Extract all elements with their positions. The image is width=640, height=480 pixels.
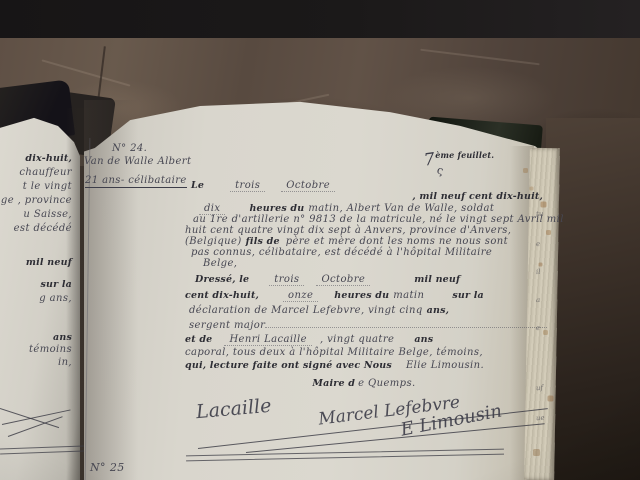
form-segment: Belge, (203, 258, 237, 269)
form-line: Dressé, letroisOctobremil neuf (185, 274, 553, 286)
page-edge-mark: a (536, 296, 541, 304)
form-segment: cent dix-huit, (185, 290, 259, 301)
left-page-fragment: chauffeur (19, 167, 72, 178)
form-segment: matin (393, 290, 424, 301)
form-line: huit cent quatre vingt dix sept à Anvers… (185, 225, 543, 236)
left-page-fragment: in, (58, 357, 72, 368)
form-segment: huit cent quatre vingt dix sept à Anvers… (185, 225, 511, 236)
left-page-fragment: ge , province (1, 195, 72, 206)
form-line: (Belgique)fils depère et mère dont les n… (185, 236, 543, 247)
form-segment: Octobre (316, 274, 370, 286)
folio-flourish-mark: ς (436, 164, 445, 178)
form-segment: qui, lecture faite ont signé avec Nous (185, 360, 392, 371)
left-page-fragment: dix-huit, (25, 153, 72, 164)
form-segment: au 1re d'artillerie n° 9813 de la matric… (193, 214, 564, 225)
form-segment: père et mère dont les noms ne nous sont (286, 236, 508, 247)
form-segment: Maire d (312, 378, 355, 389)
folio-label: ème feuillet. (435, 150, 494, 160)
page-edge-mark: tu (536, 210, 544, 218)
form-line: , mil neuf cent dix-huit, (185, 191, 543, 202)
deceased-name: Van de Walle Albert (84, 155, 186, 168)
form-segment: mil neuf (414, 274, 460, 285)
left-page-fragment: est décédé (14, 223, 72, 234)
left-page-fragment: témoins (29, 344, 72, 355)
form-line: et deHenri Lacaille, vingt quatreans (185, 334, 543, 346)
margin-notes: N° 24. Van de Walle Albert 21 ans- célib… (84, 142, 186, 188)
form-line: au 1re d'artillerie n° 9813 de la matric… (185, 214, 551, 225)
form-segment: onze (283, 290, 318, 302)
folio-header: 7ème feuillet. ς (424, 150, 514, 184)
form-segment: déclaration de Marcel Lefebvre, vingt ci… (189, 305, 423, 316)
form-segment: heures du (249, 203, 304, 214)
form-segment: e Quemps. (358, 378, 415, 389)
act-number: N° 24. (84, 142, 186, 155)
left-page-text: dix-huit,chauffeurt le vingtge , provinc… (0, 0, 76, 480)
form-segment: sur la (452, 290, 484, 301)
form-segment: matin, Albert Van de Walle, soldat (308, 203, 494, 214)
page-edge-mark: il (536, 268, 541, 276)
form-segment (265, 327, 547, 328)
left-page-fragment: g ans, (39, 293, 72, 304)
form-segment: fils de (246, 236, 280, 247)
deceased-status: 21 ans- célibataire (85, 174, 187, 188)
page-edge-mark: ue (536, 414, 545, 423)
form-segment: Dressé, le (195, 274, 249, 285)
form-line: cent dix-huit,onzeheures dumatinsur la (185, 290, 543, 302)
form-segment: , vingt quatre (320, 334, 394, 345)
form-line: caporal, tous deux à l'hôpital Militaire… (185, 347, 543, 358)
form-segment: Le (191, 180, 204, 191)
left-page-fragment: ans (53, 332, 72, 343)
form-line: pas connus, célibataire, est décédé à l'… (185, 247, 549, 258)
marble-surface-right (546, 118, 640, 480)
form-line: Belge, (185, 258, 561, 269)
background-dark-band (0, 0, 640, 42)
form-segment: pas connus, célibataire, est décédé à l'… (191, 247, 492, 258)
form-segment: trois (269, 274, 304, 286)
form-line: qui, lecture faite ont signé avec NousEl… (185, 360, 543, 371)
form-segment: et de (185, 334, 212, 345)
left-page-fragment: mil neuf (26, 257, 72, 268)
form-segment: Henri Lacaille (224, 334, 312, 346)
form-segment: (Belgique) (185, 236, 242, 247)
left-page-fragment: t le vingt (23, 181, 72, 192)
form-line: Maire de Quemps. (185, 378, 543, 389)
page-edge-mark: e (536, 240, 541, 248)
register-photo: dix-huit,chauffeurt le vingtge , provinc… (0, 0, 640, 480)
act-form-text: LetroisOctobre, mil neuf cent dix-huit,d… (185, 180, 543, 410)
form-segment: caporal, tous deux à l'hôpital Militaire… (185, 347, 483, 358)
left-page-fragment: u Saisse, (23, 209, 72, 220)
form-segment: sergent major (189, 320, 265, 331)
form-segment: , mil neuf cent dix-huit, (412, 191, 543, 202)
left-page-fragment: sur la (40, 279, 72, 290)
page-edge-mark: e (536, 324, 541, 332)
form-segment: ans, (427, 305, 450, 316)
form-segment: Elie Limousin. (406, 360, 484, 371)
form-line: déclaration de Marcel Lefebvre, vingt ci… (185, 305, 547, 316)
next-act-number: N° 25 (90, 461, 125, 474)
page-edge-mark: uf (536, 384, 544, 392)
form-segment: heures du (334, 290, 389, 301)
form-line: sergent major (185, 320, 547, 331)
form-segment: ans (414, 334, 433, 345)
